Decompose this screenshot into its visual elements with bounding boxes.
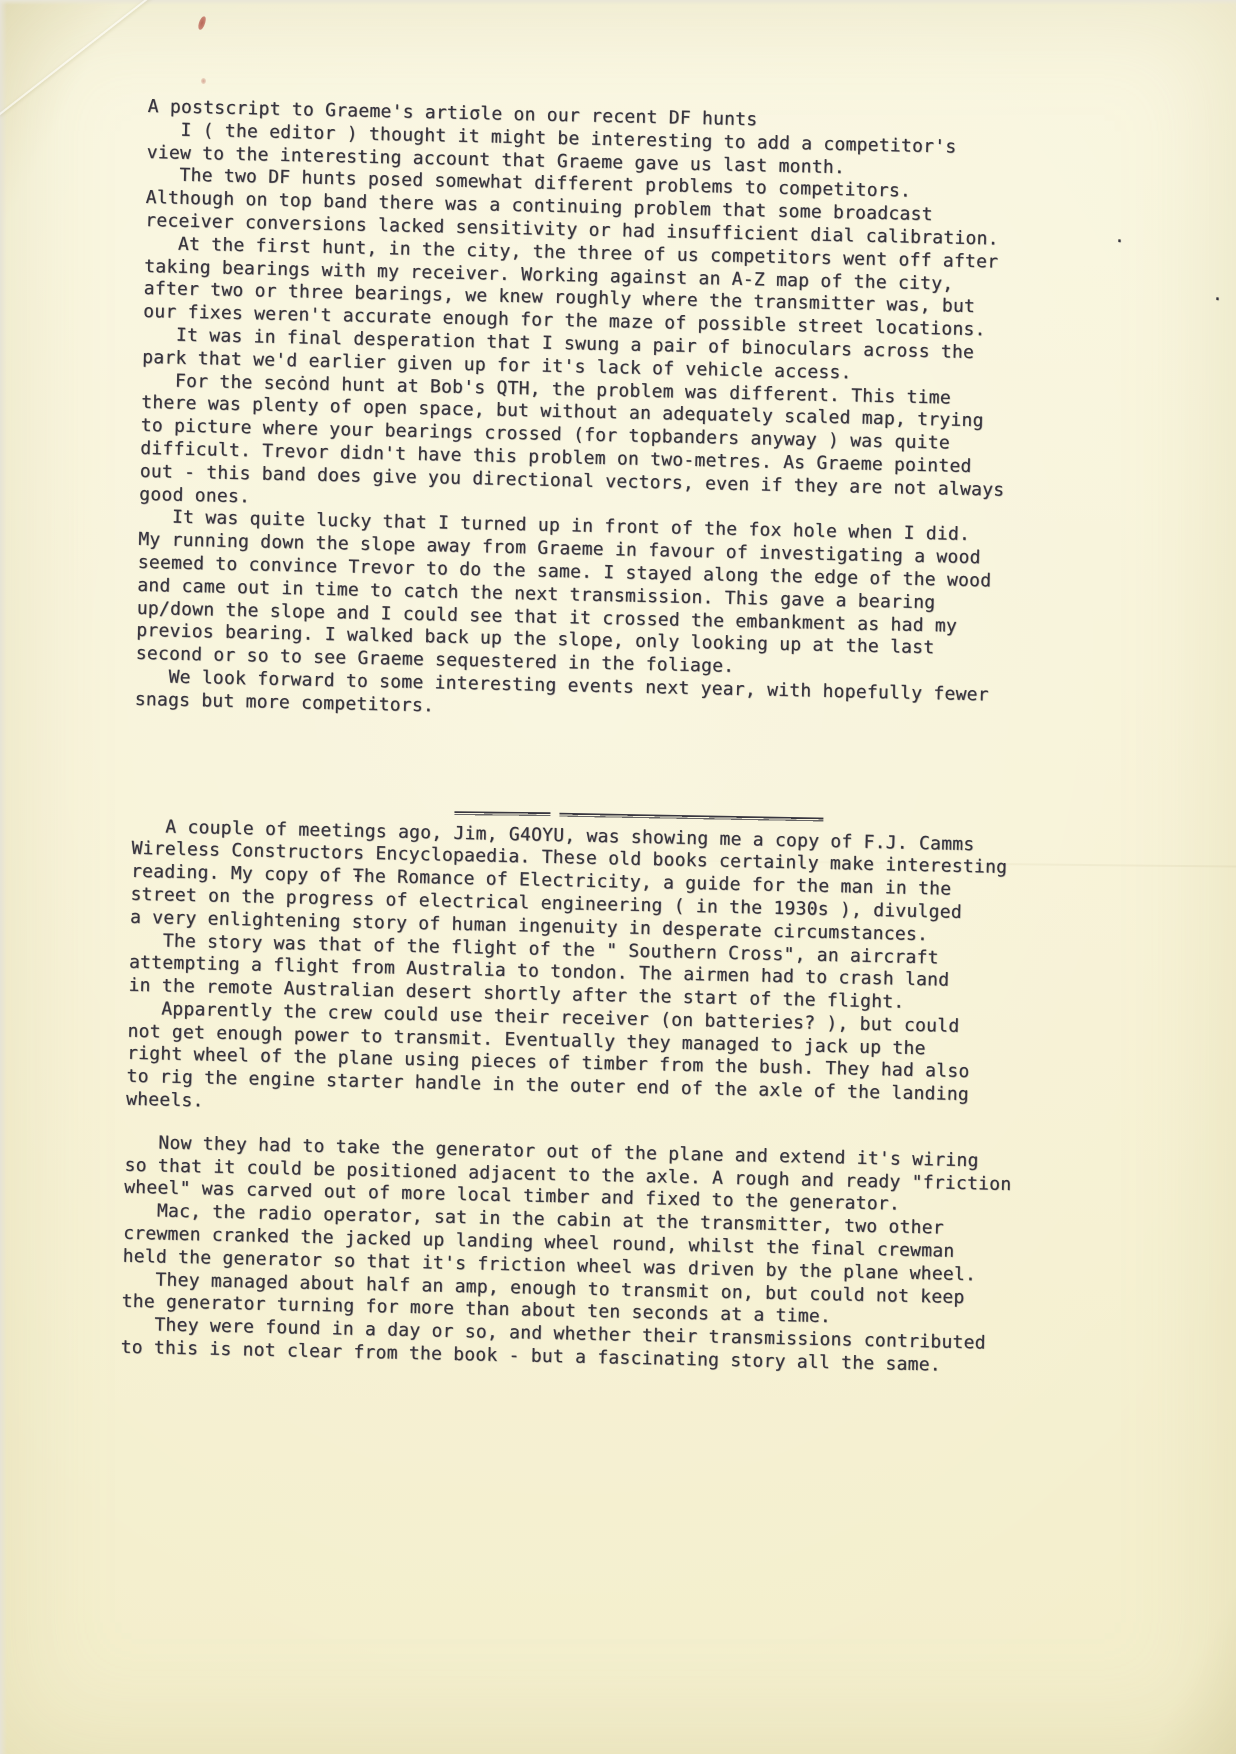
scan-edge-left [0, 0, 7, 1754]
scan-edge-top [0, 0, 1236, 5]
red-ink-speck-faint [201, 78, 206, 84]
typewritten-text: A postscript to Graeme's artiσle on our … [120, 96, 1057, 1379]
red-ink-speck [197, 15, 207, 30]
stray-period-mark: . [1212, 284, 1223, 305]
paper-page: . . A postscript to Graeme's artiσle on … [0, 0, 1236, 1754]
divider-segment [454, 810, 550, 816]
paper-crease-topleft [0, 0, 157, 115]
divider-segment [559, 812, 823, 822]
typed-divider-line [455, 801, 1043, 818]
stray-period-mark: . [1114, 226, 1125, 247]
